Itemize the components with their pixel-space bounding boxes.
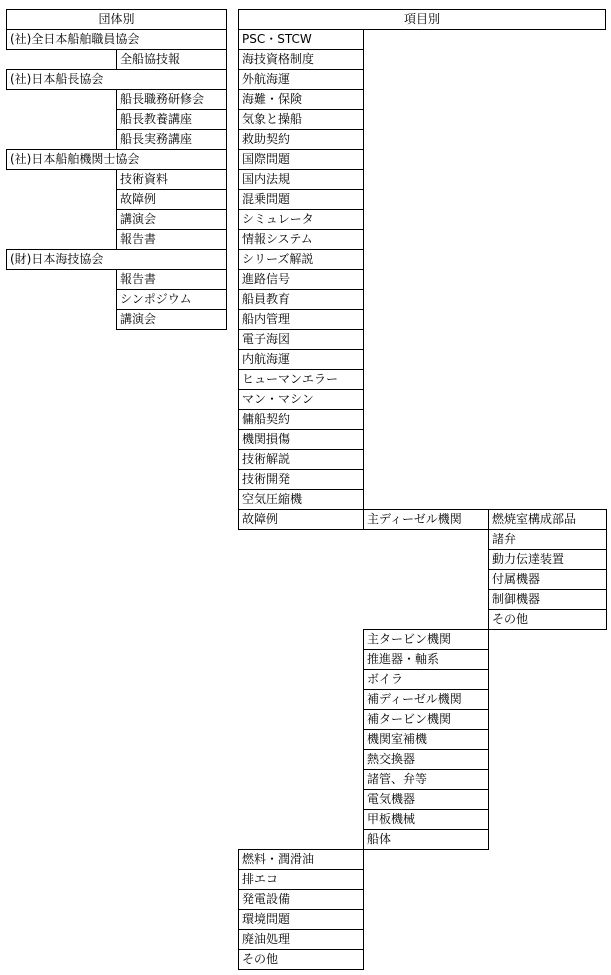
organization-item: (財)日本海技協会 xyxy=(6,249,227,270)
topic-item-level-2: 主ディーゼル機関 xyxy=(363,509,489,530)
organization-item: (社)全日本船舶職員協会 xyxy=(6,29,227,50)
organization-header: 団体別 xyxy=(6,9,227,30)
topic-item-level-1: 救助契約 xyxy=(238,129,364,150)
topic-item-level-1: 混乗問題 xyxy=(238,189,364,210)
organization-subitem: 報告書 xyxy=(116,269,227,290)
topic-item-level-1: PSC・STCW xyxy=(238,29,364,50)
topic-item-level-1: 技術開発 xyxy=(238,469,364,490)
topic-item-level-1: 進路信号 xyxy=(238,269,364,290)
organization-item: (社)日本船舶機関士協会 xyxy=(6,149,227,170)
organization-subitem: 講演会 xyxy=(116,209,227,230)
organization-item: (社)日本船長協会 xyxy=(6,69,227,90)
topic-item-level-2: 推進器・軸系 xyxy=(363,649,489,670)
topic-item-level-2: 諸管、弁等 xyxy=(363,769,489,790)
topic-item-level-2: 補タービン機関 xyxy=(363,709,489,730)
organization-subitem: 講演会 xyxy=(116,309,227,330)
topic-item-level-1: 技術解説 xyxy=(238,449,364,470)
topic-item-level-1: 船員教育 xyxy=(238,289,364,310)
organization-subitem: 船長実務講座 xyxy=(116,129,227,150)
topic-item-level-1: 故障例 xyxy=(238,509,364,530)
topic-item-level-1: 海技資格制度 xyxy=(238,49,364,70)
topic-item-level-3: 付属機器 xyxy=(488,569,607,590)
topic-item-level-2: 補ディーゼル機関 xyxy=(363,689,489,710)
topic-item-level-1: シミュレータ xyxy=(238,209,364,230)
topic-item-level-1: 傭船契約 xyxy=(238,409,364,430)
topic-item-level-2: 船体 xyxy=(363,829,489,850)
topic-item-level-1: 機関損傷 xyxy=(238,429,364,450)
topic-item-level-1: 電子海図 xyxy=(238,329,364,350)
topic-item-level-3: 制御機器 xyxy=(488,589,607,610)
topic-item-level-2: 甲板機械 xyxy=(363,809,489,830)
topic-item-level-1: その他 xyxy=(238,949,364,970)
topic-item-level-1: 燃料・潤滑油 xyxy=(238,849,364,870)
organization-subitem: 報告書 xyxy=(116,229,227,250)
topic-item-level-2: 機関室補機 xyxy=(363,729,489,750)
organization-subitem: シンポジウム xyxy=(116,289,227,310)
topic-item-level-1: 船内管理 xyxy=(238,309,364,330)
topic-item-level-1: 海難・保険 xyxy=(238,89,364,110)
topic-header: 項目別 xyxy=(238,9,606,30)
topic-item-level-1: 発電設備 xyxy=(238,889,364,910)
topic-item-level-1: 国際問題 xyxy=(238,149,364,170)
topic-item-level-3: その他 xyxy=(488,609,607,630)
organization-subitem: 全船協技報 xyxy=(116,49,227,70)
topic-item-level-3: 燃焼室構成部品 xyxy=(488,509,607,530)
topic-item-level-2: 主タービン機関 xyxy=(363,629,489,650)
topic-item-level-1: ヒューマンエラー xyxy=(238,369,364,390)
topic-item-level-2: ボイラ xyxy=(363,669,489,690)
topic-item-level-1: マン・マシン xyxy=(238,389,364,410)
topic-item-level-1: 国内法規 xyxy=(238,169,364,190)
topic-item-level-1: 内航海運 xyxy=(238,349,364,370)
topic-item-level-2: 電気機器 xyxy=(363,789,489,810)
organization-subitem: 船長職務研修会 xyxy=(116,89,227,110)
topic-item-level-1: 空気圧縮機 xyxy=(238,489,364,510)
topic-item-level-1: シリーズ解説 xyxy=(238,249,364,270)
organization-subitem: 故障例 xyxy=(116,189,227,210)
topic-item-level-3: 諸弁 xyxy=(488,529,607,550)
organization-subitem: 船長教養講座 xyxy=(116,109,227,130)
topic-item-level-1: 気象と操船 xyxy=(238,109,364,130)
topic-item-level-2: 熱交換器 xyxy=(363,749,489,770)
topic-item-level-1: 環境問題 xyxy=(238,909,364,930)
organization-subitem: 技術資料 xyxy=(116,169,227,190)
topic-item-level-3: 動力伝達装置 xyxy=(488,549,607,570)
topic-item-level-1: 廃油処理 xyxy=(238,929,364,950)
topic-item-level-1: 外航海運 xyxy=(238,69,364,90)
topic-item-level-1: 排エコ xyxy=(238,869,364,890)
topic-item-level-1: 情報システム xyxy=(238,229,364,250)
